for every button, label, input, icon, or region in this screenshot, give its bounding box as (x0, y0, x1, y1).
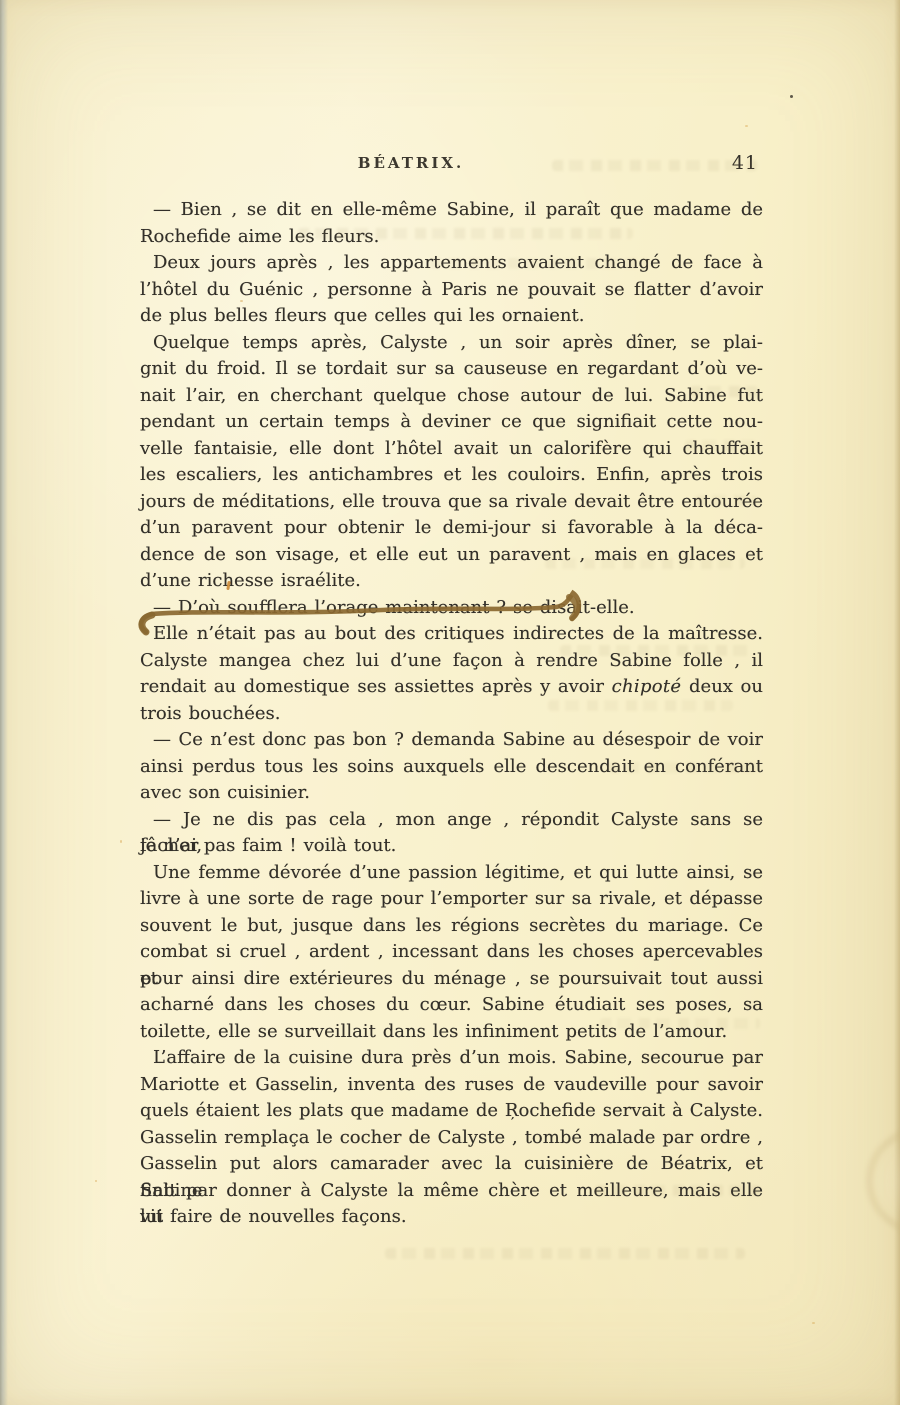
paper-fiber (812, 1322, 815, 1324)
text-line: — Je ne dis pas cela , mon ange , répond… (140, 807, 763, 834)
text-line: Quelque temps après, Calyste , un soir a… (140, 330, 763, 357)
text-line: je n’ai pas faim ! voilà tout. (140, 833, 763, 860)
text-line: acharné dans les choses du cœur. Sabine … (140, 992, 763, 1019)
paper-fiber (745, 125, 748, 127)
dialogue-paragraph: — Bien , se dit en elle-même Sabine, il … (140, 197, 763, 250)
ring-stain (866, 1128, 900, 1234)
text-line: — D’où soufflera l’orage maintenant ? se… (140, 595, 763, 622)
text-line: vit faire de nouvelles façons. (140, 1204, 763, 1231)
text-line: de plus belles fleurs que celles qui les… (140, 303, 763, 330)
bleedthrough-mark (552, 160, 757, 171)
text-block: — Bien , se dit en elle-même Sabine, il … (140, 197, 763, 1231)
ink-speck (790, 95, 793, 98)
paper-background: BÉATRIX. 41 — Bien , se dit en elle-même… (0, 0, 900, 1405)
text-line: nait l’air, en cherchant quelque chose a… (140, 383, 763, 410)
text-line: quels étaient les plats que madame de Ŗo… (140, 1098, 763, 1125)
text-line: — Bien , se dit en elle-même Sabine, il … (140, 197, 763, 224)
paragraph: Quelque temps après, Calyste , un soir a… (140, 330, 763, 595)
text-line: Elle n’était pas au bout des critiques i… (140, 621, 763, 648)
bleedthrough-mark (695, 495, 757, 506)
text-line: d’une richesse israélite. (140, 568, 763, 595)
text-line: pendant un certain temps à deviner ce qu… (140, 409, 763, 436)
text-line: d’un paravent pour obtenir le demi-jour … (140, 515, 763, 542)
text-line: Mariotte et Gasselin, inventa des ruses … (140, 1072, 763, 1099)
bleedthrough-mark (298, 228, 633, 239)
bleedthrough-mark (385, 1248, 745, 1259)
bleedthrough-mark (608, 762, 758, 773)
bleedthrough-mark (430, 258, 650, 269)
bleedthrough-mark (560, 645, 750, 656)
scanned-book-page: { "page": { "header": { "title": "BÉATRI… (0, 0, 900, 1405)
text-line: l’hôtel du Guénic , personne à Paris ne … (140, 277, 763, 304)
text-line: gnit du froid. Il se tordait sur sa caus… (140, 356, 763, 383)
text-line: livre à une sorte de rage pour l’emporte… (140, 886, 763, 913)
text-line: combat si cruel , ardent , incessant dan… (140, 939, 763, 966)
text-line: Une femme dévorée d’une passion légitime… (140, 860, 763, 887)
paragraph: L’affaire de la cuisine dura près d’un m… (140, 1045, 763, 1231)
paragraph: Elle n’était pas au bout des critiques i… (140, 621, 763, 727)
dialogue-paragraph: — D’où soufflera l’orage maintenant ? se… (140, 595, 763, 622)
text-line: pour ainsi dire extérieures du ménage , … (140, 966, 763, 993)
paper-fiber (95, 1180, 97, 1182)
bleedthrough-mark (690, 386, 758, 397)
text-line: souvent le but, jusque dans les régions … (140, 913, 763, 940)
paper-fiber (240, 300, 243, 302)
text-line: avec son cuisinier. (140, 780, 763, 807)
text-line: les escaliers, les antichambres et les c… (140, 462, 763, 489)
text-line: L’affaire de la cuisine dura près d’un m… (140, 1045, 763, 1072)
text-line: Gasselin remplaça le cocher de Calyste ,… (140, 1125, 763, 1152)
bleedthrough-mark (600, 1018, 760, 1029)
paper-fiber (120, 840, 122, 843)
text-line: Gasselin put alors camarader avec la cui… (140, 1151, 763, 1178)
dialogue-paragraph: — Je ne dis pas cela , mon ange , répond… (140, 807, 763, 860)
text-line: — Ce n’est donc pas bon ? demanda Sabine… (140, 727, 763, 754)
scan-left-edge (0, 0, 8, 1405)
bleedthrough-mark (685, 440, 757, 451)
bleedthrough-mark (595, 1185, 760, 1196)
text-line: jours de méditations, elle trouva que sa… (140, 489, 763, 516)
bleedthrough-mark (548, 700, 733, 711)
bleedthrough-mark (545, 558, 745, 569)
text-line: velle fantaisie, elle dont l’hôtel avait… (140, 436, 763, 463)
text-line: rendait au domestique ses assiettes aprè… (140, 674, 763, 701)
